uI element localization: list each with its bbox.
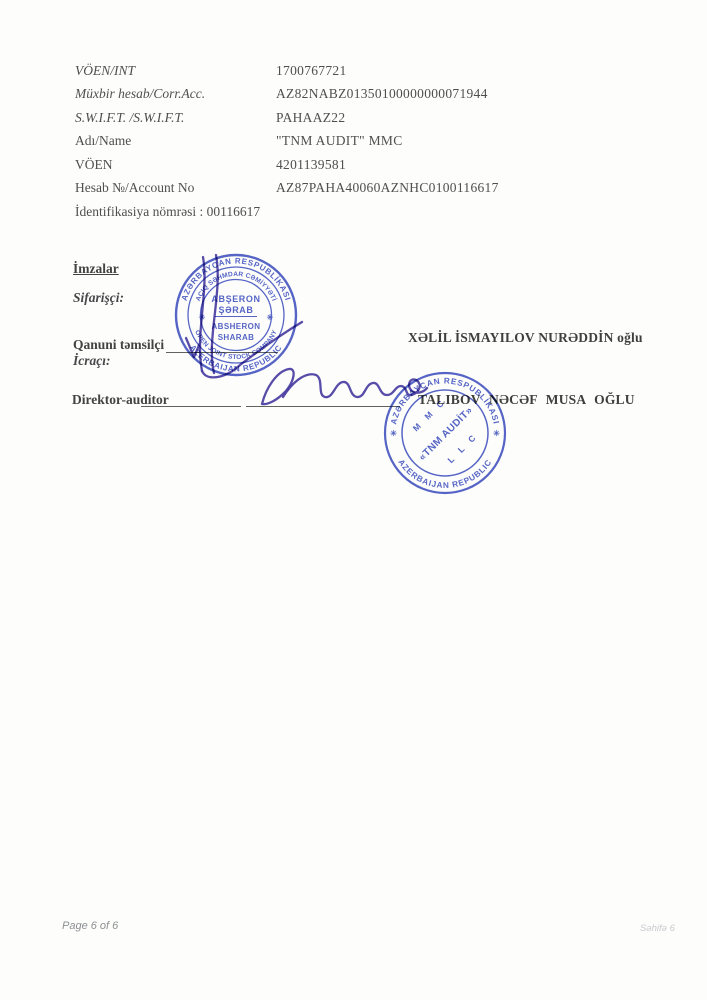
page-number-en: Page 6 of 6 <box>62 920 118 932</box>
bank-row: Hesab №/Account No AZ87PAHA40060AZNHC010… <box>75 180 685 198</box>
executor-label: İcraçı: <box>73 353 111 369</box>
bank-row: Adı/Name "TNM AUDIT" MMC <box>75 133 685 151</box>
customer-label: Sifarişçi: <box>73 290 124 306</box>
svg-text:AZERBAIJAN REPUBLIC: AZERBAIJAN REPUBLIC <box>396 458 493 490</box>
stamp-center-text: SHARAB <box>218 333 255 342</box>
star-icon: ✳ <box>390 429 397 438</box>
field-label: S.W.I.F.T. /S.W.I.F.T. <box>75 110 184 126</box>
signature-line <box>246 405 400 407</box>
stamp-center-text: ABSHERON <box>212 322 261 331</box>
field-value: PAHAAZ22 <box>276 110 345 126</box>
absheron-sharab-stamp: AZƏRBAYCAN RESPUBLİKASI AZERBAIJAN REPUB… <box>171 250 301 380</box>
stamp-center-text: ABŞERON <box>211 294 260 304</box>
bank-row: VÖEN 4201139581 <box>75 157 685 175</box>
document-page: VÖEN/INT 1700767721 Müxbir hesab/Corr.Ac… <box>0 0 707 1000</box>
star-icon: ✳ <box>493 429 500 438</box>
bank-row: VÖEN/INT 1700767721 <box>75 63 685 81</box>
field-label: Müxbir hesab/Corr.Acc. <box>75 86 205 102</box>
field-value: "TNM AUDIT" MMC <box>276 133 403 149</box>
bank-row: S.W.I.F.T. /S.W.I.F.T. PAHAAZ22 <box>75 110 685 128</box>
legal-representative-name: XƏLİL İSMAYILOV NURƏDDİN oğlu <box>408 330 643 346</box>
field-label: Adı/Name <box>75 133 131 149</box>
legal-representative-label: Qanuni təmsilçi <box>73 337 164 353</box>
signatures-heading: İmzalar <box>73 261 119 277</box>
star-icon: ✳ <box>199 313 206 322</box>
field-value: AZ82NABZ01350100000000071944 <box>276 86 488 102</box>
stamp-ring-bottom-text: AZERBAIJAN REPUBLIC <box>396 458 493 490</box>
tnm-audit-stamp: AZƏRBAYCAN RESPUBLİKASI AZERBAIJAN REPUB… <box>380 368 510 498</box>
field-label: VÖEN <box>75 157 113 173</box>
field-value: AZ87PAHA40060AZNHC0100116617 <box>276 180 499 196</box>
identification-number-line: İdentifikasiya nömrəsi : 00116617 <box>75 204 260 220</box>
field-label: VÖEN/INT <box>75 63 135 79</box>
field-value: 1700767721 <box>276 63 347 79</box>
stamp-center-text: ŞƏRAB <box>218 305 253 315</box>
signature-line <box>141 405 241 407</box>
star-icon: ✳ <box>267 313 274 322</box>
field-value: 4201139581 <box>276 157 346 173</box>
bank-row: Müxbir hesab/Corr.Acc. AZ82NABZ013501000… <box>75 86 685 104</box>
page-number-az: Səhifə 6 <box>640 923 675 934</box>
field-label: Hesab №/Account No <box>75 180 194 196</box>
